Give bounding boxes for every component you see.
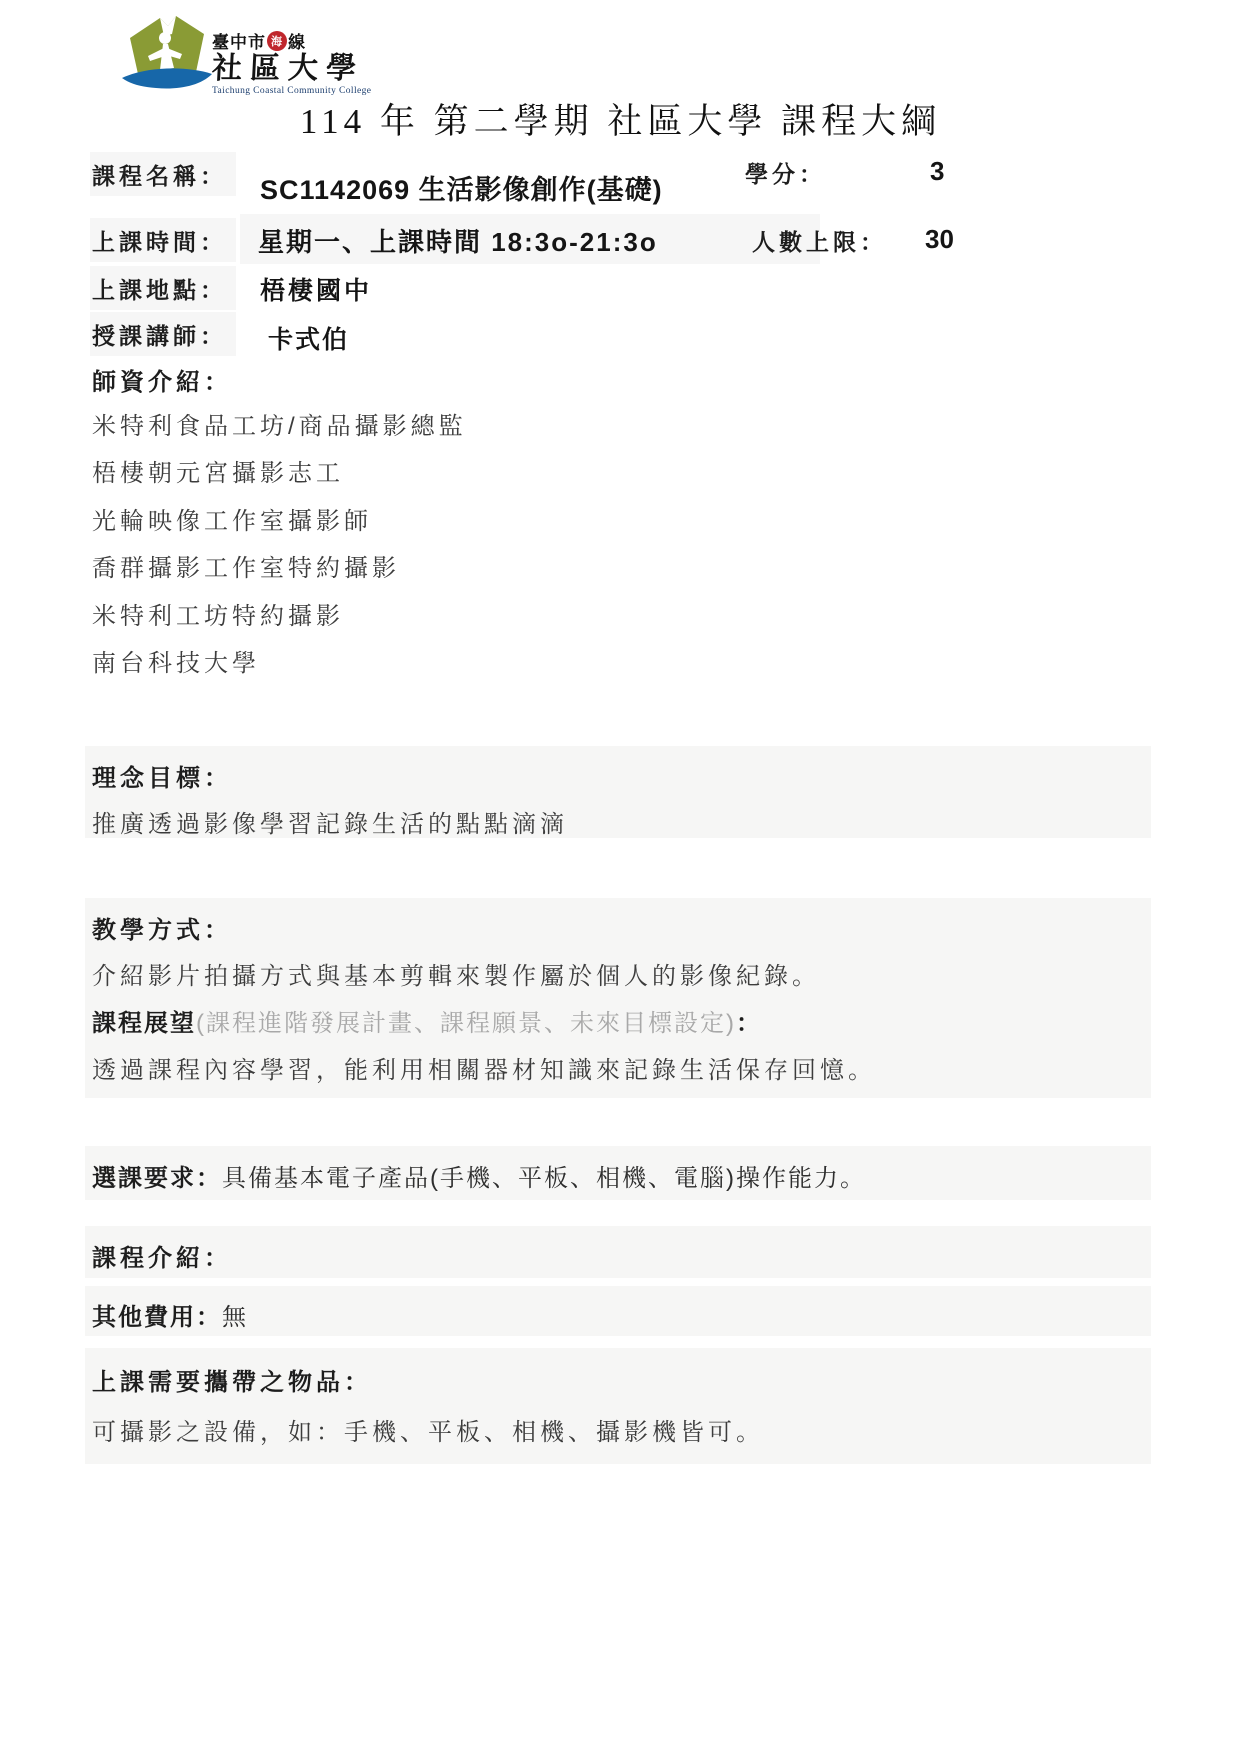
teacher-credential-line: 米特利食品工坊/商品攝影總監 xyxy=(92,406,467,441)
requirements-body: 具備基本電子產品(手機、平板、相機、電腦)操作能力。 xyxy=(222,1165,866,1192)
logo-school-name: 社區大學 xyxy=(211,53,372,85)
instructor-label: 授課講師： xyxy=(92,318,227,351)
teacher-credential-line: 米特利工坊特約攝影 xyxy=(92,596,344,631)
teacher-credential-line: 喬群攝影工作室特約攝影 xyxy=(92,548,400,583)
teaching-heading: 教學方式： xyxy=(92,910,232,945)
syllabus-page: 臺中市 海 線 社區大學 Taichung Coastal Community … xyxy=(0,0,1241,1754)
course-outlook-title: 課程展望 xyxy=(92,1010,196,1037)
items-to-bring-body: 可攝影之設備，如：手機、平板、相機、攝影機皆可。 xyxy=(92,1412,764,1447)
course-outlook-body: 透過課程內容學習，能利用相關器材知識來記錄生活保存回憶。 xyxy=(92,1050,876,1085)
requirements-line: 選課要求：具備基本電子產品(手機、平板、相機、電腦)操作能力。 xyxy=(92,1158,866,1193)
logo-graphic-icon xyxy=(108,12,226,94)
course-intro-label: 課程介紹： xyxy=(92,1238,232,1273)
teacher-credential-line: 梧棲朝元宮攝影志工 xyxy=(92,453,344,488)
teacher-credential-line: 南台科技大學 xyxy=(92,643,260,678)
philosophy-heading: 理念目標： xyxy=(92,758,232,793)
credits-value: 3 xyxy=(930,156,944,187)
items-to-bring-heading: 上課需要攜帶之物品： xyxy=(92,1362,372,1397)
location-label: 上課地點： xyxy=(92,272,227,305)
time-label: 上課時間： xyxy=(92,224,227,257)
other-fees-value: 無 xyxy=(222,1304,248,1331)
capacity-value: 30 xyxy=(925,224,954,255)
philosophy-body: 推廣透過影像學習記錄生活的點點滴滴 xyxy=(92,804,568,839)
credits-label: 學分： xyxy=(745,156,826,189)
teacher-intro-heading: 師資介紹： xyxy=(92,362,232,397)
other-fees-label: 其他費用： xyxy=(92,1304,222,1331)
course-outlook-colon: ： xyxy=(736,1010,762,1037)
time-value: 星期一、上課時間 18:3o-21:3o xyxy=(258,222,658,259)
instructor-value: 卡式伯 xyxy=(268,320,349,356)
course-outlook-heading: 課程展望(課程進階發展計畫、課程願景、未來目標設定)： xyxy=(92,1003,762,1038)
logo-book-figure-icon xyxy=(108,12,226,94)
capacity-label: 人數上限： xyxy=(752,224,887,257)
logo-text-block: 臺中市 海 線 社區大學 Taichung Coastal Community … xyxy=(212,12,371,94)
course-name-label: 課程名稱： xyxy=(92,158,227,191)
page-title: 114 年 第二學期 社區大學 課程大綱 xyxy=(0,94,1241,144)
teaching-body: 介紹影片拍攝方式與基本剪輯來製作屬於個人的影像紀錄。 xyxy=(92,956,820,991)
course-name-value: SC1142069 生活影像創作(基礎) xyxy=(260,168,663,207)
other-fees-line: 其他費用：無 xyxy=(92,1297,248,1332)
school-logo: 臺中市 海 線 社區大學 Taichung Coastal Community … xyxy=(108,12,418,94)
requirements-label: 選課要求： xyxy=(92,1165,222,1192)
course-outlook-paren: (課程進階發展計畫、課程願景、未來目標設定) xyxy=(196,1010,736,1037)
logo-seal-icon: 海 xyxy=(267,31,287,51)
course-intro-block-bg xyxy=(85,1226,1151,1278)
teacher-credential-line: 光輪映像工作室攝影師 xyxy=(92,501,372,536)
logo-city-text: 臺中市 xyxy=(212,28,266,53)
logo-city-line: 臺中市 海 線 xyxy=(212,28,371,53)
location-value: 梧棲國中 xyxy=(260,271,372,307)
logo-line-suffix: 線 xyxy=(288,28,306,53)
